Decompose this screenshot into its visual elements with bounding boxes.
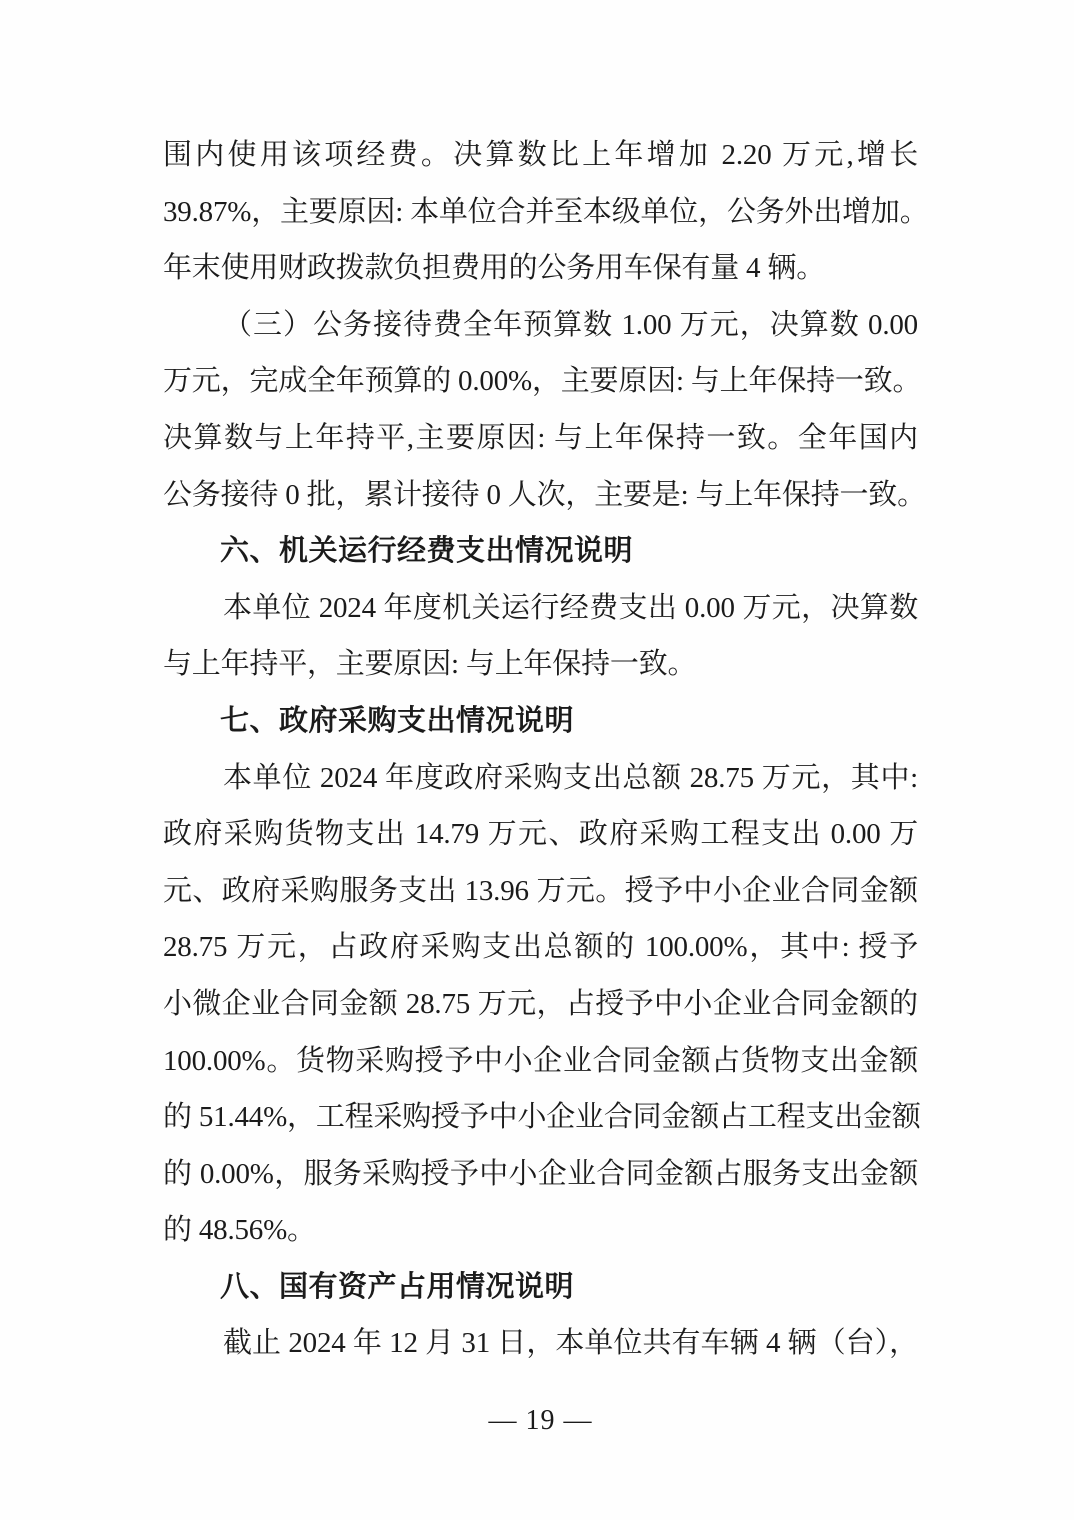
section-heading: 八、国有资产占用情况说明 <box>163 1259 918 1316</box>
text-line: 万元，完成全年预算的 0.00%，主要原因: 与上年保持一致。 <box>163 353 918 410</box>
text-line: 的 0.00%，服务采购授予中小企业合同金额占服务支出金额 <box>163 1146 918 1203</box>
section-heading: 六、机关运行经费支出情况说明 <box>163 523 918 580</box>
text-line: 元、政府采购服务支出 13.96 万元。授予中小企业合同金额 <box>163 863 918 920</box>
text-line: 本单位 2024 年度政府采购支出总额 28.75 万元，其中: <box>163 750 918 807</box>
section-heading: 七、政府采购支出情况说明 <box>163 693 918 750</box>
text-line: 公务接待 0 批，累计接待 0 人次，主要是: 与上年保持一致。 <box>163 467 918 524</box>
text-line: 28.75 万元，占政府采购支出总额的 100.00%，其中: 授予 <box>163 919 918 976</box>
text-line: 与上年持平，主要原因: 与上年保持一致。 <box>163 636 918 693</box>
document-page: 围内使用该项经费。决算数比上年增加 2.20 万元,增长39.87%，主要原因:… <box>0 0 1074 1520</box>
text-line: 决算数与上年持平,主要原因: 与上年保持一致。全年国内 <box>163 410 918 467</box>
document-lines: 围内使用该项经费。决算数比上年增加 2.20 万元,增长39.87%，主要原因:… <box>163 127 918 1372</box>
text-line: 小微企业合同金额 28.75 万元，占授予中小企业合同金额的 <box>163 976 918 1033</box>
text-line: 39.87%，主要原因: 本单位合并至本级单位，公务外出增加。 <box>163 184 918 241</box>
text-line: （三）公务接待费全年预算数 1.00 万元，决算数 0.00 <box>163 297 918 354</box>
page-number: — 19 — <box>489 1405 593 1436</box>
text-line: 的 48.56%。 <box>163 1202 918 1259</box>
text-line: 的 51.44%，工程采购授予中小企业合同金额占工程支出金额 <box>163 1089 918 1146</box>
text-line: 本单位 2024 年度机关运行经费支出 0.00 万元，决算数 <box>163 580 918 637</box>
text-line: 100.00%。货物采购授予中小企业合同金额占货物支出金额 <box>163 1033 918 1090</box>
text-line: 截止 2024 年 12 月 31 日，本单位共有车辆 4 辆（台）， <box>163 1315 918 1372</box>
text-line: 围内使用该项经费。决算数比上年增加 2.20 万元,增长 <box>163 127 918 184</box>
text-line: 年末使用财政拨款负担费用的公务用车保有量 4 辆。 <box>163 240 918 297</box>
page-footer: — 19 — <box>163 1403 918 1439</box>
text-line: 政府采购货物支出 14.79 万元、政府采购工程支出 0.00 万 <box>163 806 918 863</box>
